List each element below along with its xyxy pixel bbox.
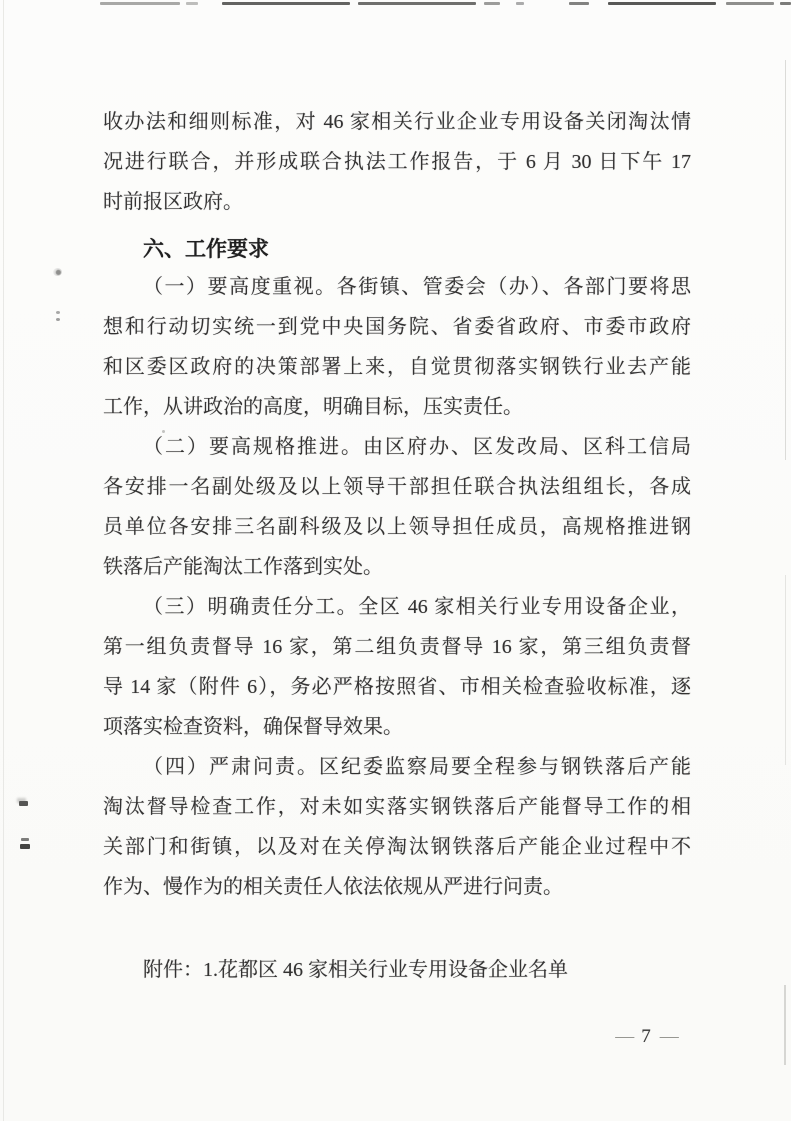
scan-right-edge-line [785, 60, 786, 460]
scan-top-edge-artifact [222, 2, 350, 5]
document-page: 收办法和细则标准，对 46 家相关行业企业专用设备关闭淘汰情况进行联合，并形成联… [0, 0, 791, 1121]
scan-right-edge-line [785, 575, 786, 765]
scan-top-edge-artifact [484, 2, 500, 5]
paragraph-item-3: （三）明确责任分工。全区 46 家相关行业专用设备企业，第一组负责督导 16 家… [103, 587, 691, 747]
section-heading: 六、工作要求 [103, 230, 691, 270]
scan-top-edge-artifact [569, 2, 589, 5]
scan-top-edge-artifact [186, 2, 198, 5]
page-number: —7— [598, 1024, 694, 1050]
scan-top-edge-artifact [780, 2, 791, 5]
page-number-value: 7 [641, 1026, 651, 1047]
scan-mark [54, 311, 62, 322]
scan-top-edge-artifact [516, 2, 524, 5]
scan-mark [53, 268, 62, 276]
attachment-line: 附件：1.花都区 46 家相关行业专用设备企业名单 [103, 950, 691, 990]
scan-mark [20, 844, 30, 849]
scan-right-edge-line [784, 985, 786, 1065]
paragraph-item-1: （一）要高度重视。各街镇、管委会（办）、各部门要将思想和行动切实统一到党中央国务… [103, 267, 691, 427]
scan-top-edge-artifact [608, 2, 716, 5]
paragraph-item-4: （四）严肃问责。区纪委监察局要全程参与钢铁落后产能淘汰督导检查工作，对未如实落实… [103, 747, 691, 907]
scan-left-edge-line [3, 0, 4, 1121]
paragraph-intro-continuation: 收办法和细则标准，对 46 家相关行业企业专用设备关闭淘汰情况进行联合，并形成联… [103, 102, 691, 222]
page-number-right-dash: — [660, 1026, 677, 1047]
scan-top-edge-artifact [726, 2, 774, 5]
scan-top-edge-artifact [358, 2, 476, 5]
page-number-left-dash: — [615, 1026, 632, 1047]
scan-top-edge-artifact [100, 2, 180, 5]
scan-mark [19, 801, 28, 806]
paragraph-item-2: （二）要高规格推进。由区府办、区发改局、区科工信局各安排一名副处级及以上领导干部… [103, 427, 691, 587]
